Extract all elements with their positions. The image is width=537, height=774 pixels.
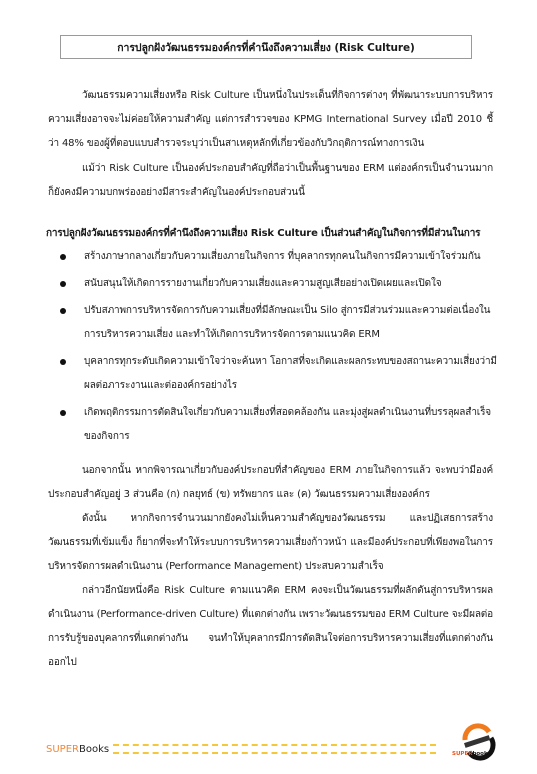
bullet-item: เกิดพฤติกรรมการตัดสินใจเกี่ยวกับความเสี่…: [58, 401, 498, 449]
body-paragraph-3: กล่าวอีกนัยหนึ่งคือ Risk Culture ตามแนวค…: [48, 579, 493, 675]
bullet-item: บุคลากรทุกระดับเกิดความเข้าใจว่าจะค้นหา …: [58, 350, 498, 398]
bullet-item: ปรับสภาพการบริหารจัดการกับความเสี่ยงที่ม…: [58, 299, 498, 347]
section-heading: การปลูกฝังวัฒนธรรมองค์กรที่คำนึงถึงความเ…: [46, 224, 506, 244]
intro-paragraph-1: วัฒนธรรมความเสี่ยงหรือ Risk Culture เป็น…: [48, 84, 493, 156]
document-title-box: การปลูกฝังวัฒนธรรมองค์กรที่คำนึงถึงความเ…: [60, 35, 472, 59]
bullet-item: สร้างภาษากลางเกี่ยวกับความเสี่ยงภายในกิจ…: [58, 245, 498, 269]
page-footer: SUPERBooks: [46, 742, 436, 756]
bullet-dot-icon: [60, 308, 66, 314]
bullet-item: สนับสนุนให้เกิดการรายงานเกี่ยวกับความเสี…: [58, 272, 498, 296]
body-paragraph-1: นอกจากนั้น หากพิจารณาเกี่ยวกับองค์ประกอบ…: [48, 459, 493, 507]
logo-wordmark: SUPERbooks: [452, 751, 491, 757]
bullet-list: สร้างภาษากลางเกี่ยวกับความเสี่ยงภายในกิจ…: [58, 245, 498, 452]
body-paragraph-2: ดังนั้น หากกิจการจำนวนมากยังคงไม่เห็นควา…: [48, 507, 493, 579]
bullet-dot-icon: [60, 281, 66, 287]
intro-paragraph-2: แม้ว่า Risk Culture เป็นองค์ประกอบสำคัญท…: [48, 157, 493, 205]
footer-brand-books: Books: [79, 744, 109, 755]
footer-brand-super: SUPER: [46, 744, 79, 755]
bullet-dot-icon: [60, 254, 66, 260]
footer-divider: [113, 744, 436, 754]
bullet-dot-icon: [60, 359, 66, 365]
bullet-dot-icon: [60, 410, 66, 416]
document-title: การปลูกฝังวัฒนธรรมองค์กรที่คำนึงถึงความเ…: [117, 39, 414, 56]
